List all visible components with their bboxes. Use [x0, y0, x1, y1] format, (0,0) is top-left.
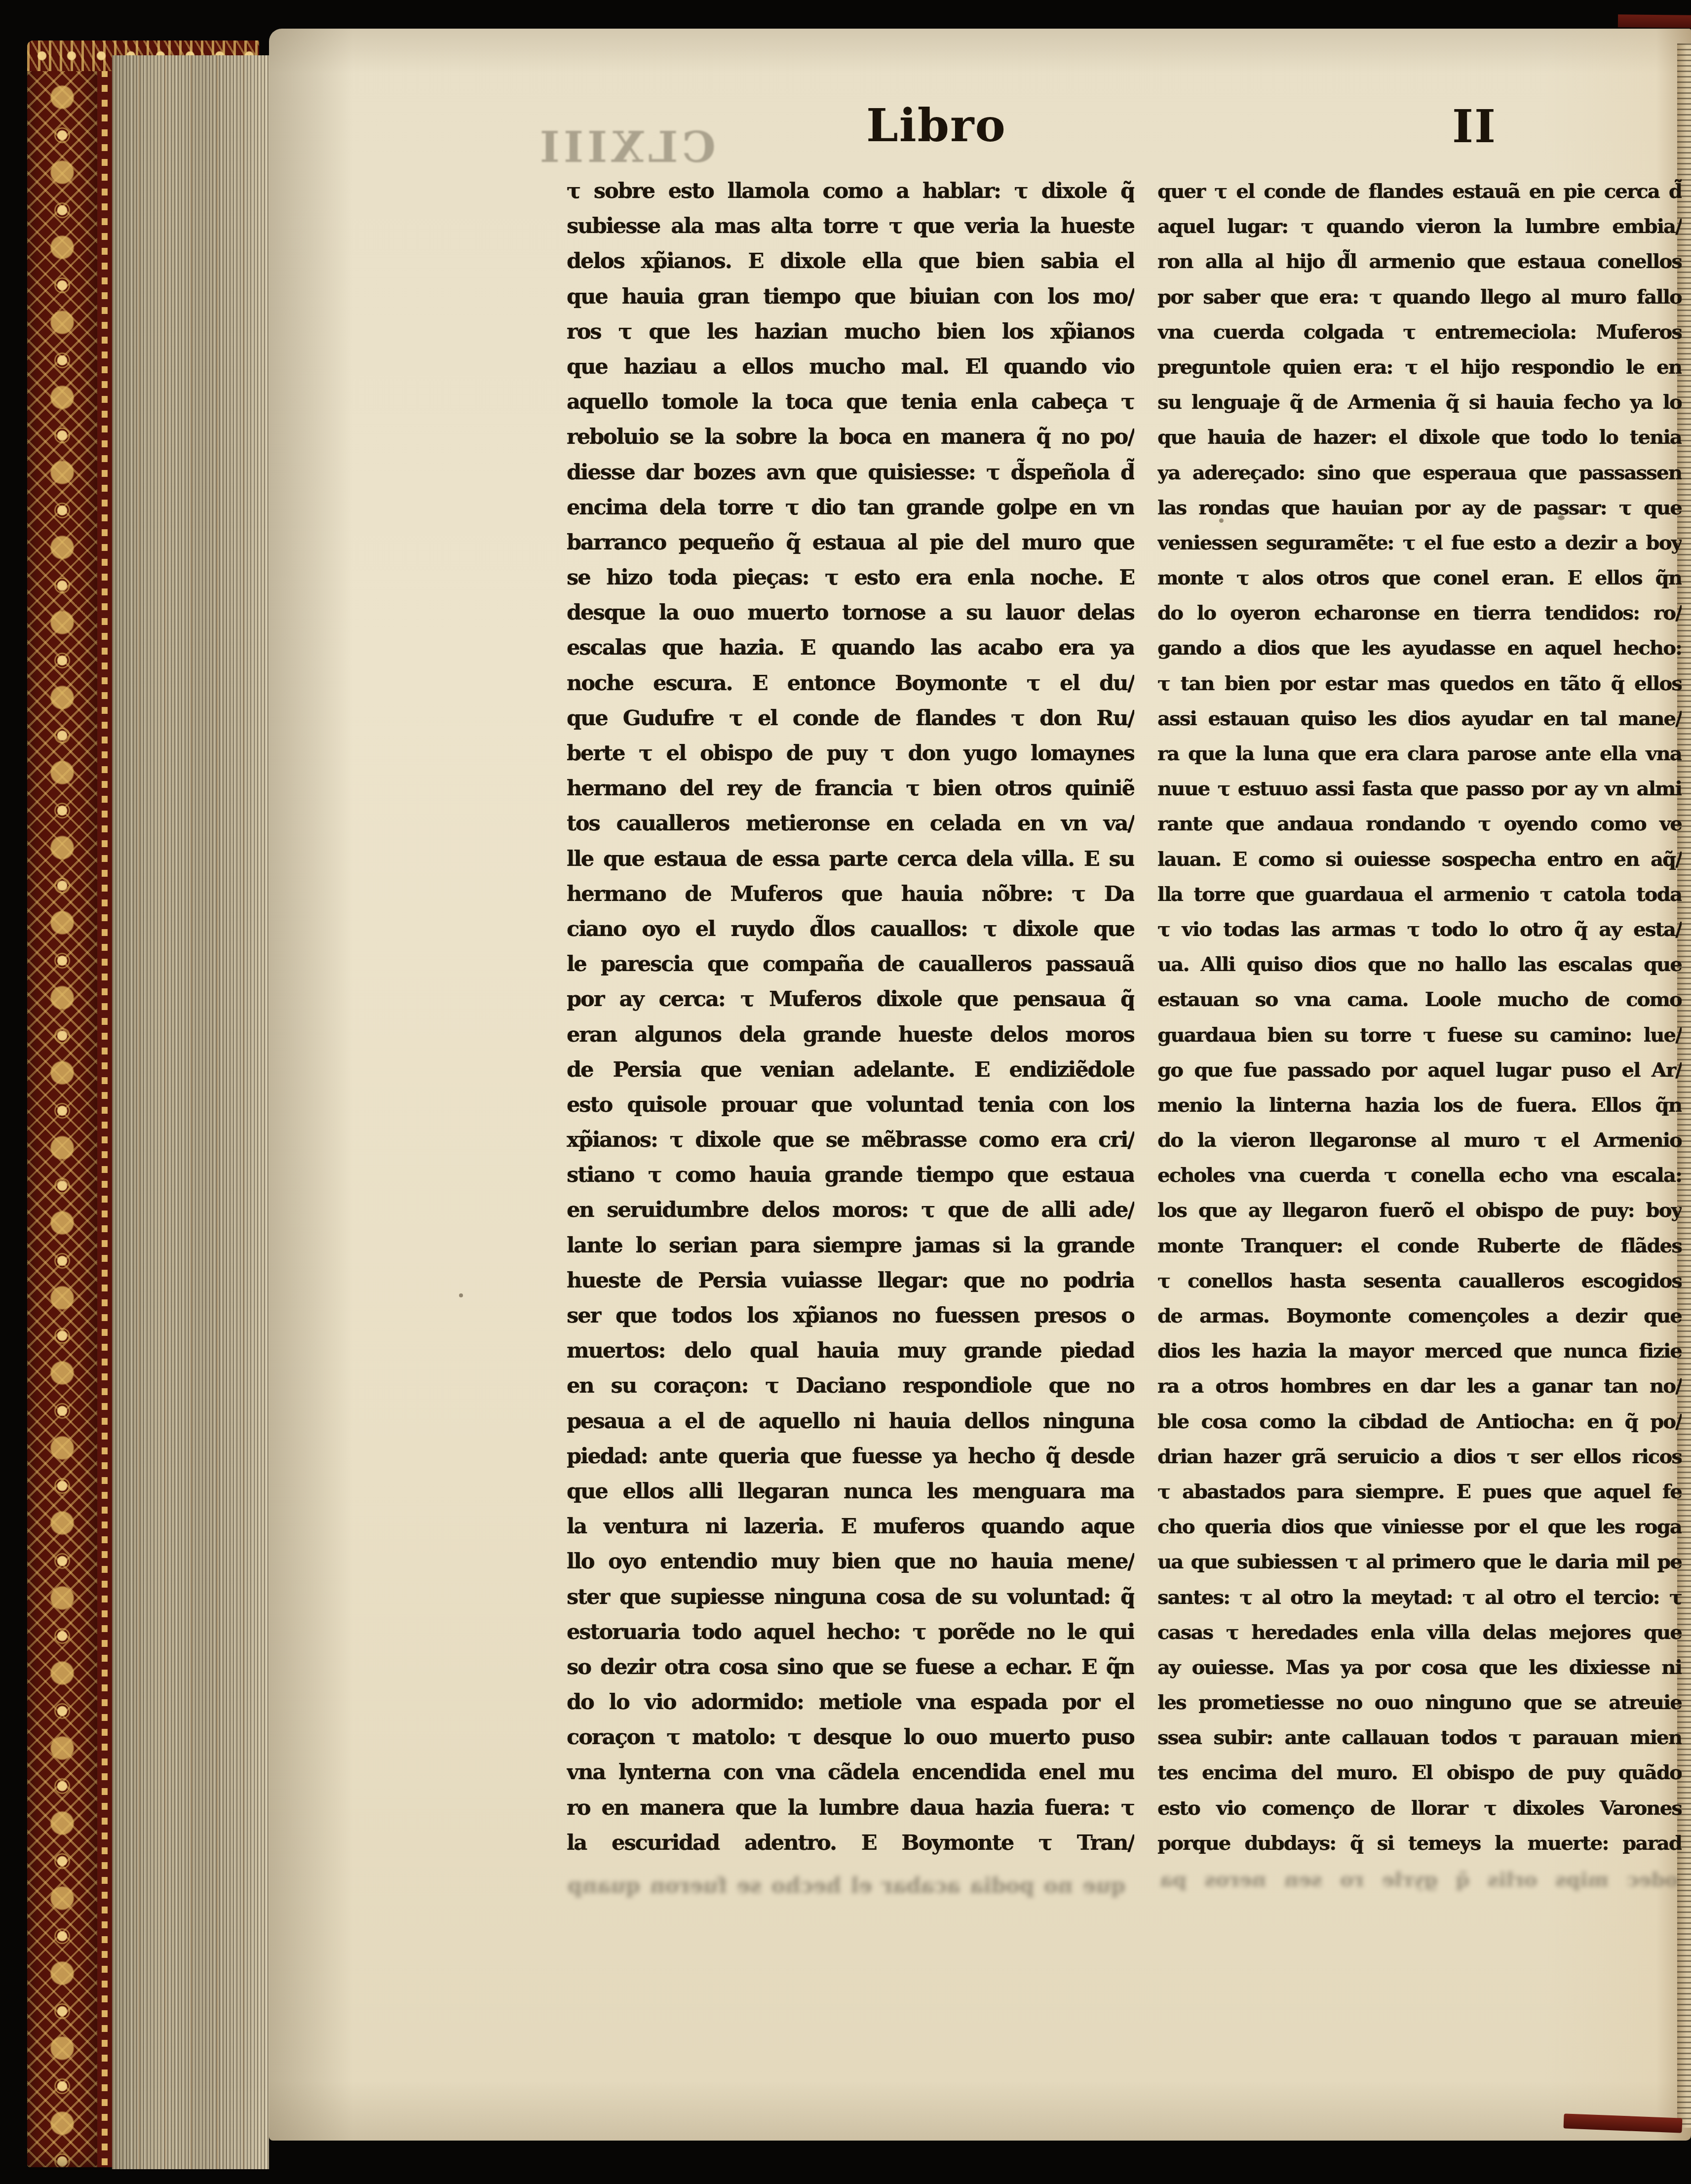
text-line: lante lo serian para siempre jamas si la…	[567, 1228, 1134, 1263]
paper-speck	[459, 1293, 463, 1297]
text-line: do la vieron llegaronse al muro τ el Arm…	[1157, 1123, 1682, 1158]
text-line: santes: τ al otro la meytad: τ al otro e…	[1157, 1580, 1682, 1615]
text-line: aquel lugar: τ quando vieron la lumbre e…	[1157, 209, 1682, 244]
showthrough-illegible-text-left: que no podia acabar el hecho se fueron q…	[568, 1868, 1125, 1904]
text-line: ron alla al hijo d̃l armenio que estaua …	[1157, 244, 1682, 279]
text-line: hueste de Persia vuiasse llegar: que no …	[567, 1263, 1134, 1298]
text-line: que hauia gran tiempo que biuian con los…	[567, 279, 1134, 314]
text-line: menio la linterna hazia los de fuera. El…	[1157, 1088, 1682, 1123]
text-line: ra que la luna que era clara parose ante…	[1157, 736, 1682, 771]
text-line: la escuridad adentro. E Boymonte τ Tran/	[567, 1826, 1134, 1861]
text-line: esto vio començo de llorar τ dixoles Var…	[1157, 1791, 1682, 1826]
text-line: veniessen seguramẽte: τ el fue esto a de…	[1157, 525, 1682, 560]
text-line: delos xp̃ianos. E dixole ella que bien s…	[567, 244, 1134, 279]
text-line: ra a otros hombres en dar les a ganar ta…	[1157, 1368, 1682, 1404]
text-line: aquello tomole la toca que tenia enla ca…	[567, 385, 1134, 420]
text-line: hermano del rey de francia τ bien otros …	[567, 771, 1134, 806]
text-line: ya adereçado: sino que esperaua que pass…	[1157, 455, 1682, 490]
text-line: monte Tranquer: el conde Ruberte de flãd…	[1157, 1228, 1682, 1263]
text-line: muertos: delo qual hauia muy grande pied…	[567, 1333, 1134, 1368]
paper-speck	[1219, 518, 1224, 523]
text-line: ssea subir: ante callauan todos τ paraua…	[1157, 1720, 1682, 1755]
text-line: lauan. E como si ouiesse sospecha entro …	[1157, 842, 1682, 877]
text-line: assi estauan quiso les dios ayudar en ta…	[1157, 701, 1682, 736]
text-line: τ vio todas las armas τ todo lo otro q̃ …	[1157, 912, 1682, 947]
running-title: Libro	[866, 99, 1006, 152]
text-line: cho queria dios que viniesse por el que …	[1157, 1509, 1682, 1544]
text-line: encima dela torre τ dio tan grande golpe…	[567, 490, 1134, 525]
folio-number-offset-ghost: CLXIII	[573, 122, 716, 172]
text-line: τ abastados para siempre. E pues que aqu…	[1157, 1474, 1682, 1509]
page-block-fore-edge	[112, 55, 269, 2169]
text-line: guardaua bien su torre τ fuese su camino…	[1157, 1017, 1682, 1053]
text-line: echoles vna cuerda τ conella echo vna es…	[1157, 1158, 1682, 1193]
text-line: lle que estaua de essa parte cerca dela …	[567, 842, 1134, 877]
text-line: les prometiesse no ouo ninguno que se at…	[1157, 1685, 1682, 1720]
text-line: por saber que era: τ quando llego al mur…	[1157, 279, 1682, 314]
text-line: porque dubdays: q̃ si temeys la muerte: …	[1157, 1826, 1682, 1861]
text-line: que hauia de hazer: el dixole que todo l…	[1157, 420, 1682, 455]
text-line: en su coraçon: τ Daciano respondiole que…	[567, 1368, 1134, 1404]
text-line: piedad: ante queria que fuesse ya hecho …	[567, 1439, 1134, 1474]
text-line: tes encima del muro. El obispo de puy qu…	[1157, 1755, 1682, 1790]
text-line: noche escura. E entonce Boymonte τ el du…	[567, 666, 1134, 701]
text-line: le parescia que compaña de caualleros pa…	[567, 947, 1134, 982]
text-line: gando a dios que les ayudasse en aquel h…	[1157, 630, 1682, 665]
text-line: escalas que hazia. E quando las acabo er…	[567, 630, 1134, 665]
text-line: ay ouiesse. Mas ya por cosa que les dixi…	[1157, 1650, 1682, 1685]
text-line: lla torre que guardaua el armenio τ cato…	[1157, 877, 1682, 912]
showthrough-illegible-text-right: odec mips orlis q̃ gyrle ro sen neros pa	[1160, 1862, 1678, 1898]
text-line: ble cosa como la cibdad de Antiocha: en …	[1157, 1404, 1682, 1439]
text-line: ser que todos los xp̃ianos no fuessen pr…	[567, 1298, 1134, 1333]
text-line: reboluio se la sobre la boca en manera q…	[567, 420, 1134, 455]
text-line: diesse dar bozes avn que quisiesse: τ d̃…	[567, 455, 1134, 490]
photographed-book-page: { "colors":{ "background":"#070605", "bi…	[0, 0, 1691, 2184]
text-line: do lo vio adormido: metiole vna espada p…	[567, 1685, 1134, 1720]
text-line: ros τ que les hazian mucho bien los xp̃i…	[567, 314, 1134, 350]
text-line: hermano de Muferos que hauia nõbre: τ Da	[567, 877, 1134, 912]
text-line: tos caualleros metieronse en celada en v…	[567, 806, 1134, 841]
text-line: barranco pequeño q̃ estaua al pie del mu…	[567, 525, 1134, 560]
text-line: so dezir otra cosa sino que se fuese a e…	[567, 1650, 1134, 1685]
text-line: ua. Alli quiso dios que no hallo las esc…	[1157, 947, 1682, 982]
text-line: su lenguaje q̃ de Armenia q̃ si hauia fe…	[1157, 385, 1682, 420]
text-line: τ sobre esto llamola como a hablar: τ di…	[567, 174, 1134, 209]
text-line: que Gudufre τ el conde de flandes τ don …	[567, 701, 1134, 736]
text-line: de armas. Boymonte començoles a dezir qu…	[1157, 1298, 1682, 1333]
text-line: xp̃ianos: τ dixole que se mẽbrasse como …	[567, 1123, 1134, 1158]
text-line: que haziau a ellos mucho mal. El quando …	[567, 350, 1134, 385]
text-line: ro en manera que la lumbre daua hazia fu…	[567, 1791, 1134, 1826]
text-line: nuue τ estuuo assi fasta que passo por a…	[1157, 771, 1682, 806]
text-line: en seruidumbre delos moros: τ que de all…	[567, 1193, 1134, 1228]
text-line: berte τ el obispo de puy τ don yugo loma…	[567, 736, 1134, 771]
page-number: II	[1452, 100, 1497, 153]
text-line: de Persia que venian adelante. E endiziẽ…	[567, 1053, 1134, 1088]
text-line: que ellos alli llegaran nunca les mengua…	[567, 1474, 1134, 1509]
text-line: vna cuerda colgada τ entremeciola: Mufer…	[1157, 314, 1682, 350]
text-line: subiesse ala mas alta torre τ que veria …	[567, 209, 1134, 244]
text-column-right: quer τ el conde de flandes estauã en pie…	[1157, 174, 1682, 1861]
text-line: τ conellos hasta sesenta caualleros esco…	[1157, 1263, 1682, 1298]
text-line: monte τ alos otros que conel eran. E ell…	[1157, 560, 1682, 595]
text-line: rante que andaua rondando τ oyendo como …	[1157, 806, 1682, 841]
text-line: estauan so vna cama. Loole mucho de como	[1157, 982, 1682, 1017]
text-line: do lo oyeron echaronse en tierra tendido…	[1157, 595, 1682, 630]
text-line: vna lynterna con vna cãdela encendida en…	[567, 1755, 1134, 1790]
text-line: ua que subiessen τ al primero que le dar…	[1157, 1544, 1682, 1579]
text-line: la ventura ni lazeria. E muferos quando …	[567, 1509, 1134, 1544]
text-line: dios les hazia la mayor merced que nunca…	[1157, 1333, 1682, 1368]
text-line: preguntole quien era: τ el hijo respondi…	[1157, 350, 1682, 385]
text-line: por ay cerca: τ Muferos dixole que pensa…	[567, 982, 1134, 1017]
text-line: pesaua a el de aquello ni hauia dellos n…	[567, 1404, 1134, 1439]
text-line: se hizo toda pieças: τ esto era enla noc…	[567, 560, 1134, 595]
text-line: go que fue passado por aquel lugar puso …	[1157, 1053, 1682, 1088]
text-line: estoruaria todo aquel hecho: τ porẽde no…	[567, 1615, 1134, 1650]
text-line: stiano τ como hauia grande tiempo que es…	[567, 1158, 1134, 1193]
text-line: las rondas que hauian por ay de passar: …	[1157, 490, 1682, 525]
text-line: ciano oyo el ruydo d̃los cauallos: τ dix…	[567, 912, 1134, 947]
text-line: coraçon τ matolo: τ desque lo ouo muerto…	[567, 1720, 1134, 1755]
text-line: llo oyo entendio muy bien que no hauia m…	[567, 1544, 1134, 1579]
text-line: eran algunos dela grande hueste delos mo…	[567, 1017, 1134, 1053]
gold-dotted-tooling-strip	[97, 40, 112, 2167]
cover-edge-top-right	[1618, 14, 1691, 28]
gilt-leather-binding-edge	[27, 40, 97, 2167]
text-line: quer τ el conde de flandes estauã en pie…	[1157, 174, 1682, 209]
paper-speck	[1558, 515, 1565, 520]
text-line: drian hazer grã seruicio a dios τ ser el…	[1157, 1439, 1682, 1474]
text-line: esto quisole prouar que voluntad tenia c…	[567, 1088, 1134, 1123]
text-line: ster que supiesse ninguna cosa de su vol…	[567, 1580, 1134, 1615]
text-line: τ tan bien por estar mas quedos en tãto …	[1157, 666, 1682, 701]
text-line: casas τ heredades enla villa delas mejor…	[1157, 1615, 1682, 1650]
text-line: los que ay llegaron fuerõ el obispo de p…	[1157, 1193, 1682, 1228]
text-column-left: τ sobre esto llamola como a hablar: τ di…	[567, 174, 1134, 1861]
text-line: desque la ouo muerto tornose a su lauor …	[567, 595, 1134, 630]
